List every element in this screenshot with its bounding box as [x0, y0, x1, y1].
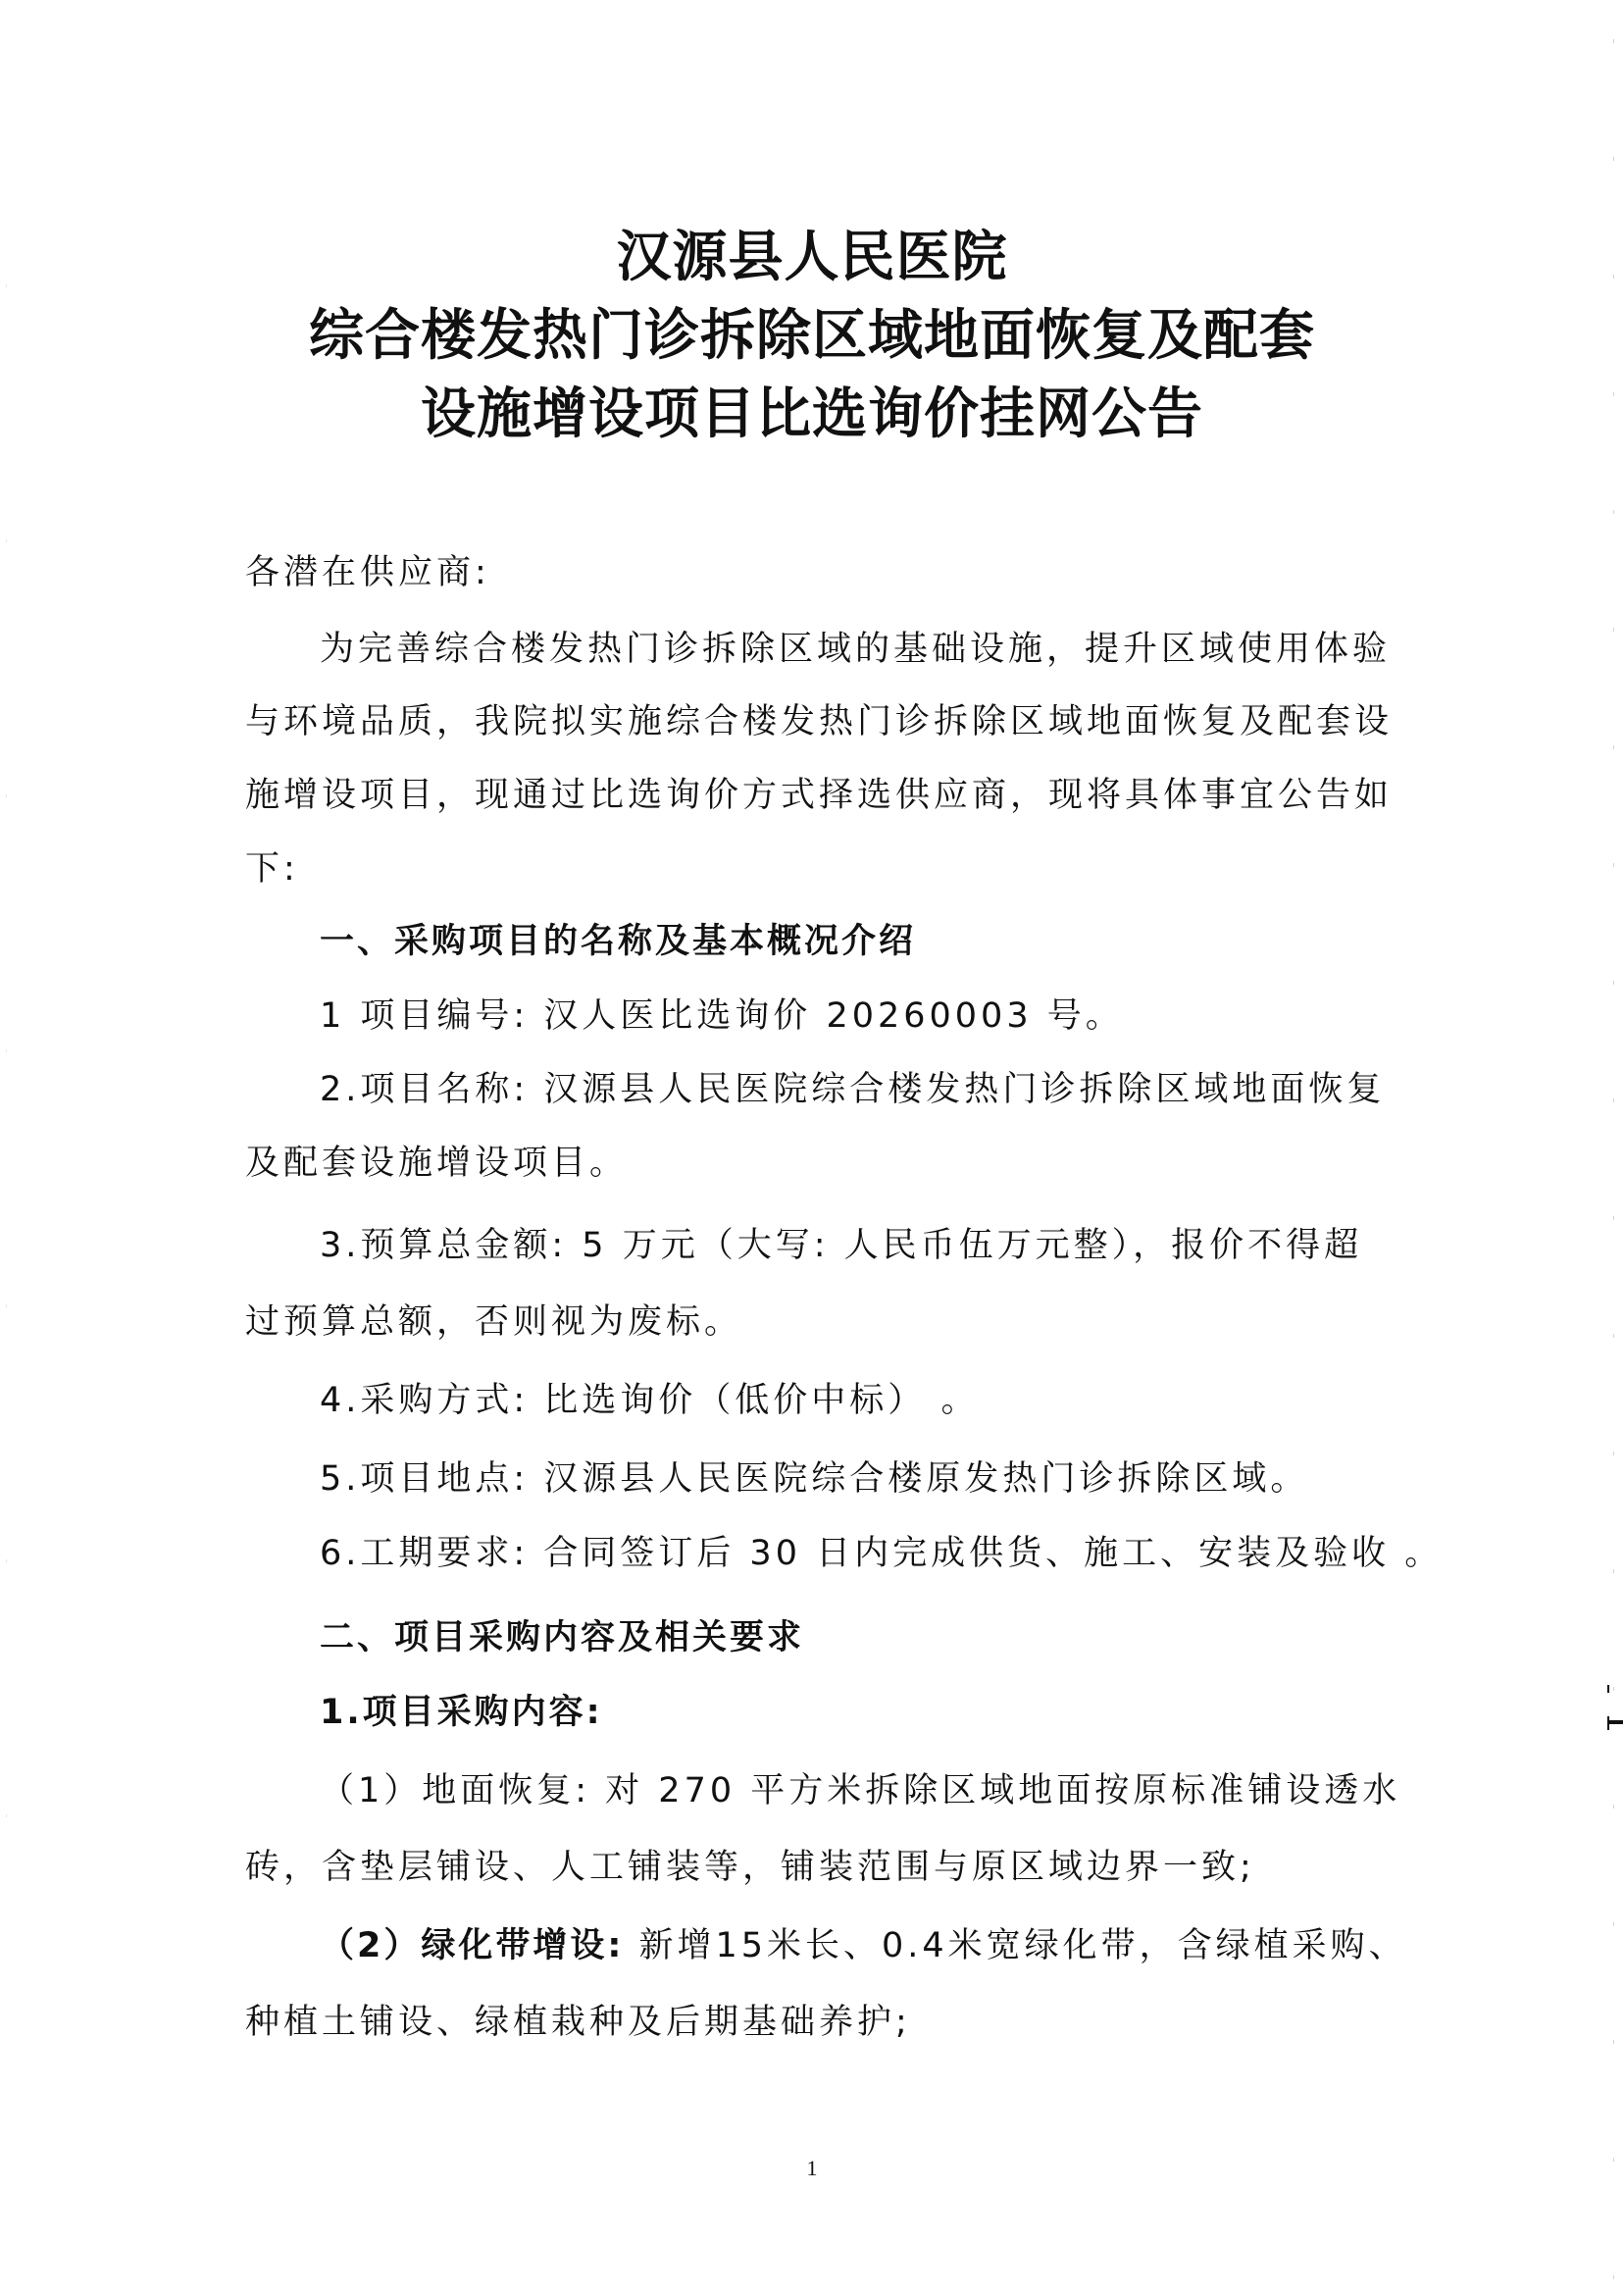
- section-heading: 一、采购项目的名称及基本概况介绍: [320, 924, 1457, 960]
- subheading: 1.项目采购内容:: [320, 1695, 1457, 1731]
- scan-mark: [1607, 1716, 1609, 1730]
- list-item: 2.项目名称: 汉源县人民医院综合楼发热门诊拆除区域地面恢复: [320, 1072, 1457, 1108]
- title-line: 综合楼发热门诊拆除区域地面恢复及配套: [0, 296, 1624, 375]
- scan-edge-left: [6, 196, 7, 1962]
- list-item-label: （2）绿化带增设:: [320, 1926, 624, 1965]
- document-title: 汉源县人民医院 综合楼发热门诊拆除区域地面恢复及配套 设施增设项目比选询价挂网公…: [0, 218, 1624, 453]
- section-heading: 二、项目采购内容及相关要求: [320, 1620, 1457, 1656]
- list-item-continued: 砖，含垫层铺设、人工铺装等，铺装范围与原区域边界一致;: [245, 1850, 1383, 1886]
- list-item-text: 新增15米长、0.4米宽绿化带，含绿植采购、: [624, 1926, 1406, 1965]
- list-item-continued: 及配套设施增设项目。: [245, 1146, 1383, 1182]
- list-item: 3.预算总金额: 5 万元（大写: 人民币伍万元整），报价不得超: [320, 1228, 1457, 1264]
- title-line: 汉源县人民医院: [0, 218, 1624, 296]
- list-item: 4.采购方式: 比选询价（低价中标） 。: [320, 1383, 1457, 1419]
- scan-mark: [1609, 1720, 1623, 1724]
- title-line: 设施增设项目比选询价挂网公告: [0, 375, 1624, 453]
- list-item-continued: 种植土铺设、绿植栽种及后期基础养护;: [245, 2005, 1383, 2041]
- list-item: 6.工期要求: 合同签订后 30 日内完成供货、施工、安装及验收 。: [320, 1536, 1457, 1572]
- salutation: 各潜在供应商:: [245, 555, 1383, 591]
- scan-mark: [1607, 1685, 1609, 1693]
- document-page: 汉源县人民医院 综合楼发热门诊拆除区域地面恢复及配套 设施增设项目比选询价挂网公…: [0, 0, 1624, 2293]
- list-item: （2）绿化带增设: 新增15米长、0.4米宽绿化带，含绿植采购、: [320, 1928, 1457, 1964]
- intro-line: 为完善综合楼发热门诊拆除区域的基础设施，提升区域使用体验: [320, 632, 1457, 668]
- list-item-continued: 过预算总额，否则视为废标。: [245, 1304, 1383, 1341]
- intro-line: 下:: [245, 851, 1383, 888]
- list-item: 5.项目地点: 汉源县人民医院综合楼原发热门诊拆除区域。: [320, 1461, 1457, 1498]
- list-item: （1）地面恢复: 对 270 平方米拆除区域地面按原标准铺设透水: [320, 1773, 1457, 1809]
- intro-line: 与环境品质，我院拟实施综合楼发热门诊拆除区域地面恢复及配套设: [245, 704, 1383, 740]
- intro-line: 施增设项目，现通过比选询价方式择选供应商，现将具体事宜公告如: [245, 778, 1383, 814]
- list-item: 1 项目编号: 汉人医比选询价 20260003 号。: [320, 998, 1457, 1035]
- page-number: 1: [0, 2156, 1624, 2181]
